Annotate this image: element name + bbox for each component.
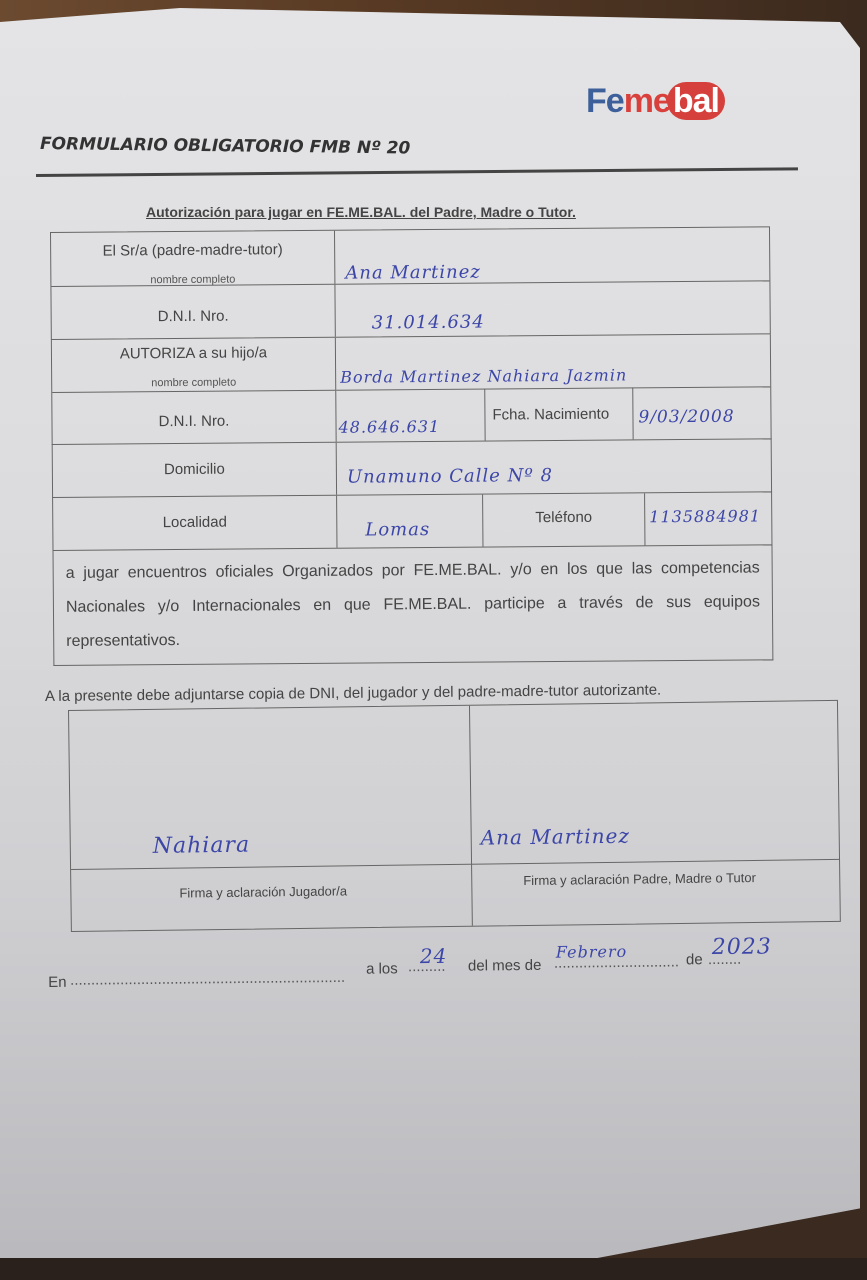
tutor-dni-label: D.N.I. Nro.	[52, 307, 335, 326]
birth-date-label: Fcha. Nacimiento	[492, 406, 609, 424]
signature-divider	[469, 706, 473, 926]
signature-box: Nahiara Ana Martinez Firma y aclaración …	[68, 700, 841, 932]
address-label: Domicilio	[53, 443, 337, 497]
locality-value-cell: Lomas	[337, 495, 483, 548]
en-label: En	[48, 974, 67, 991]
address-row: Domicilio Unamuno Calle Nº 8	[52, 439, 772, 498]
parent-signature[interactable]: Ana Martinez	[481, 824, 631, 850]
phone-label: Teléfono	[483, 493, 645, 546]
locality-label: Localidad	[53, 496, 337, 550]
tutor-dni-value[interactable]: 31.014.634	[372, 312, 485, 334]
phone-value-cell: 1135884981	[645, 492, 771, 545]
signature-line	[71, 859, 839, 870]
child-name-row: AUTORIZA a su hijo/a nombre completo D.N…	[51, 334, 772, 445]
month-value[interactable]: Febrero	[556, 942, 628, 962]
mes-label: del mes de	[468, 957, 542, 975]
col-divider	[484, 389, 485, 441]
tutor-value-cell: Ana Martinez 31.014.634	[335, 227, 770, 336]
address-value[interactable]: Unamuno Calle Nº 8	[347, 465, 553, 488]
tutor-sublabel: nombre completo	[51, 273, 334, 287]
child-value-cell: Borda Martinez Nahiara Jazmin 48.646.631…	[336, 334, 771, 441]
child-dni-value[interactable]: 48.646.631	[338, 417, 440, 437]
place-field[interactable]: ........................................…	[70, 969, 360, 989]
date-place-line: En .....................................…	[48, 936, 808, 994]
tutor-name-row: El Sr/a (padre-madre-tutor) nombre compl…	[50, 226, 771, 340]
authorization-table: El Sr/a (padre-madre-tutor) nombre compl…	[50, 226, 773, 666]
autoriza-label: AUTORIZA a su hijo/a	[52, 344, 335, 363]
child-sublabel: nombre completo	[52, 376, 335, 390]
a-los-label: a los	[366, 960, 398, 977]
logo-text-bal: bal	[667, 82, 725, 120]
row-divider	[52, 390, 335, 393]
player-signature-caption: Firma y aclaración Jugador/a	[179, 883, 347, 900]
tutor-label-cell: El Sr/a (padre-madre-tutor) nombre compl…	[51, 231, 336, 339]
child-label-cell: AUTORIZA a su hijo/a nombre completo D.N…	[52, 338, 337, 444]
authorization-paragraph: a jugar encuentros oficiales Organizados…	[53, 545, 774, 666]
tutor-label: El Sr/a (padre-madre-tutor)	[51, 241, 334, 260]
form-subtitle: Autorización para jugar en FE.ME.BAL. de…	[146, 204, 576, 220]
year-value[interactable]: 2023	[712, 934, 772, 960]
row-divider	[336, 386, 770, 390]
tutor-name-value[interactable]: Ana Martinez	[345, 262, 481, 284]
parent-signature-caption: Firma y aclaración Padre, Madre o Tutor	[523, 870, 756, 888]
logo-text-me: me	[624, 82, 671, 120]
day-value[interactable]: 24	[420, 944, 448, 968]
child-name-value[interactable]: Borda Martinez Nahiara Jazmin	[340, 365, 627, 386]
femebal-logo: Femebal	[586, 82, 725, 121]
locality-value[interactable]: Lomas	[365, 519, 430, 541]
child-dni-label: D.N.I. Nro.	[52, 412, 335, 431]
phone-value[interactable]: 1135884981	[649, 506, 761, 526]
address-value-cell: Unamuno Calle Nº 8	[337, 439, 771, 494]
player-signature[interactable]: Nahiara	[153, 833, 251, 859]
locality-row: Localidad Lomas Teléfono 1135884981	[52, 492, 772, 551]
birth-date-value[interactable]: 9/03/2008	[638, 407, 734, 428]
logo-text-fe: Fe	[586, 82, 624, 120]
de-label: de	[686, 951, 703, 968]
background-bottom-edge	[0, 1258, 867, 1280]
col-divider	[632, 387, 633, 439]
